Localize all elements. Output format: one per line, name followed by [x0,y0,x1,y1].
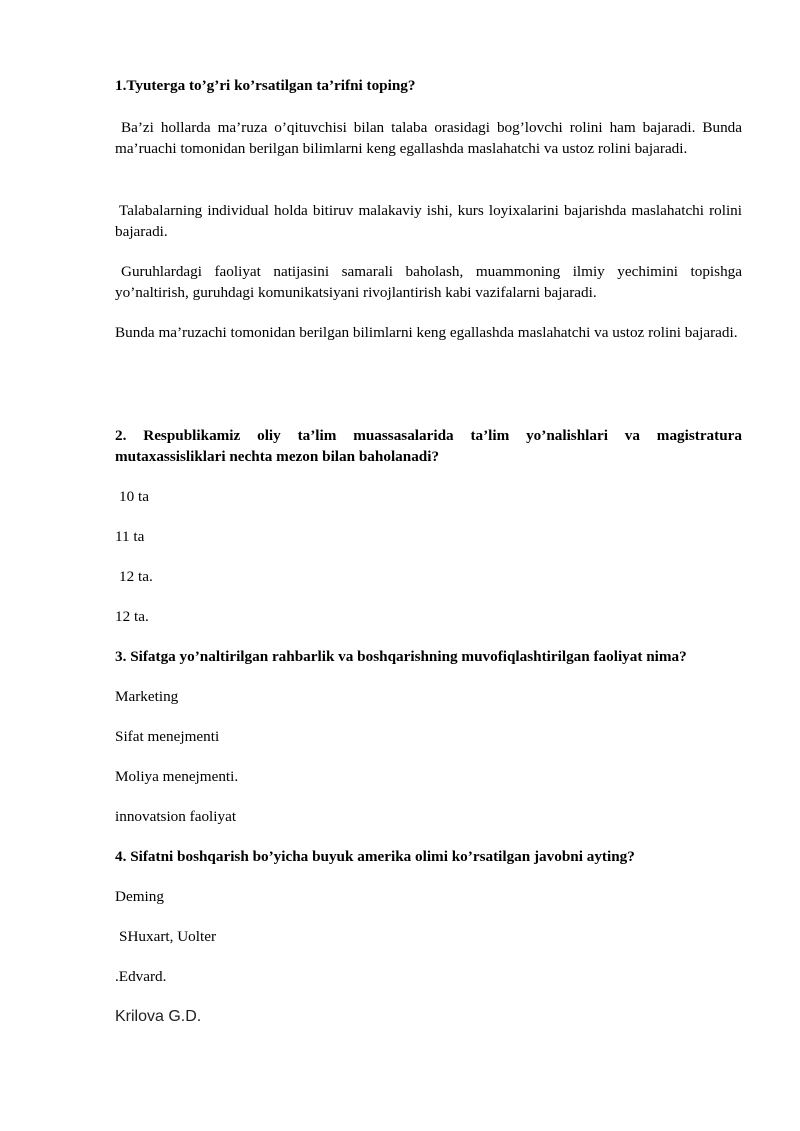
question-2-option-1: 10 ta [115,486,742,507]
question-4-option-2: SHuxart, Uolter [115,926,742,947]
question-4-option-4: Krilova G.D. [115,1006,742,1027]
question-3-option-3: Moliya menejmenti. [115,766,742,787]
question-1-title: 1.Tyuterga to’g’ri ko’rsatilgan ta’rifni… [115,75,742,96]
question-4-option-1: Deming [115,886,742,907]
question-1-option-1: Ba’zi hollarda ma’ruza o’qituvchisi bila… [115,117,742,159]
question-3-option-1: Marketing [115,686,742,707]
question-3-option-2: Sifat menejmenti [115,726,742,747]
question-2-option-3: 12 ta. [115,566,742,587]
question-1-option-4: Bunda ma’ruzachi tomonidan berilgan bili… [115,322,742,343]
question-3-title: 3. Sifatga yo’naltirilgan rahbarlik va b… [115,646,742,667]
question-3-option-4: innovatsion faoliyat [115,806,742,827]
question-1-option-3: Guruhlardagi faoliyat natijasini samaral… [115,261,742,303]
question-2-option-4: 12 ta. [115,606,742,627]
question-2-option-2: 11 ta [115,526,742,547]
question-4-title: 4. Sifatni boshqarish bo’yicha buyuk ame… [115,846,742,867]
question-1-option-2: Talabalarning individual holda bitiruv m… [115,200,742,242]
question-2-title: 2. Respublikamiz oliy ta’lim muassasalar… [115,425,742,467]
question-4-option-3: .Edvard. [115,966,742,987]
